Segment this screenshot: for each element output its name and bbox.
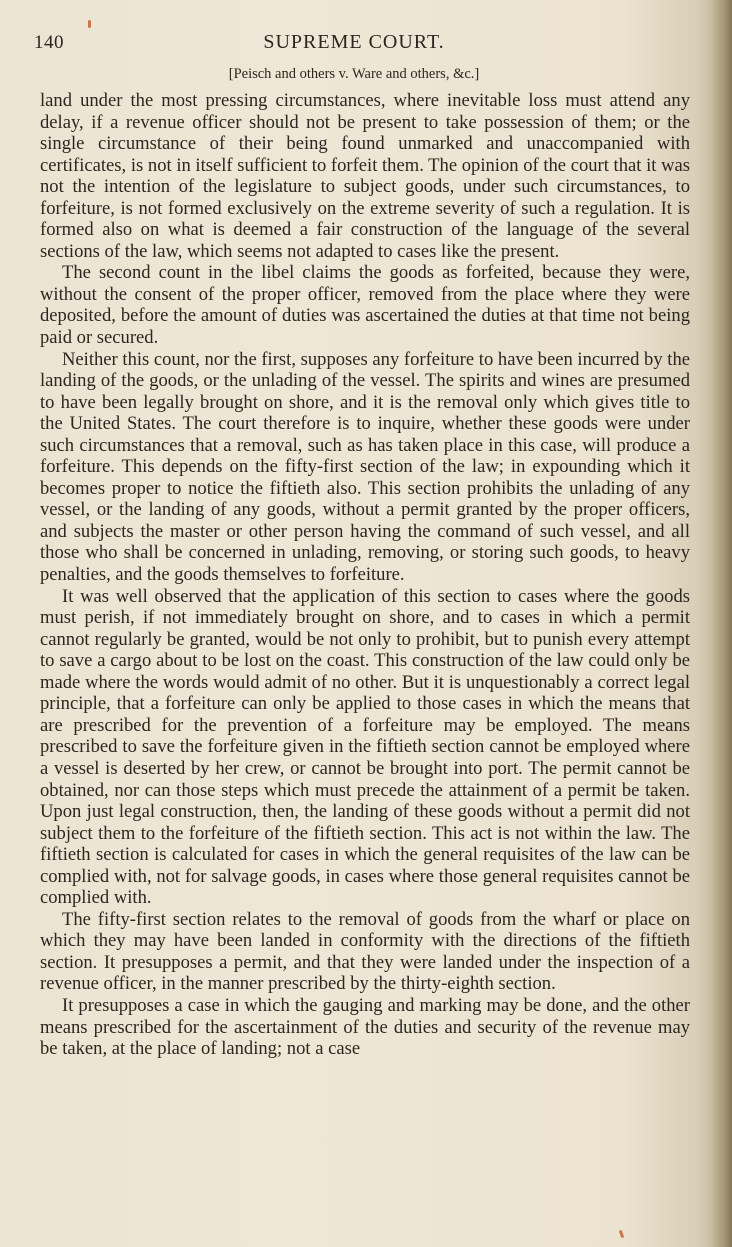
page-header: 140 SUPREME COURT. [34, 30, 674, 56]
paragraph: Neither this count, nor the first, suppo… [40, 349, 690, 586]
paragraph: The fifty-first section relates to the r… [40, 909, 690, 995]
paragraph: It presupposes a case in which the gaugi… [40, 995, 690, 1060]
body-text: land under the most pressing circumstanc… [40, 90, 690, 1060]
running-title: SUPREME COURT. [34, 31, 674, 54]
paragraph: land under the most pressing circumstanc… [40, 90, 690, 262]
case-caption: [Peisch and others v. Ware and others, &… [34, 66, 674, 83]
page-gutter-shadow [710, 0, 732, 1247]
ink-speck [619, 1230, 625, 1239]
ink-speck [88, 20, 91, 28]
book-page: 140 SUPREME COURT. [Peisch and others v.… [0, 0, 732, 1247]
paragraph: The second count in the libel claims the… [40, 262, 690, 348]
paragraph: It was well observed that the applicatio… [40, 586, 690, 909]
